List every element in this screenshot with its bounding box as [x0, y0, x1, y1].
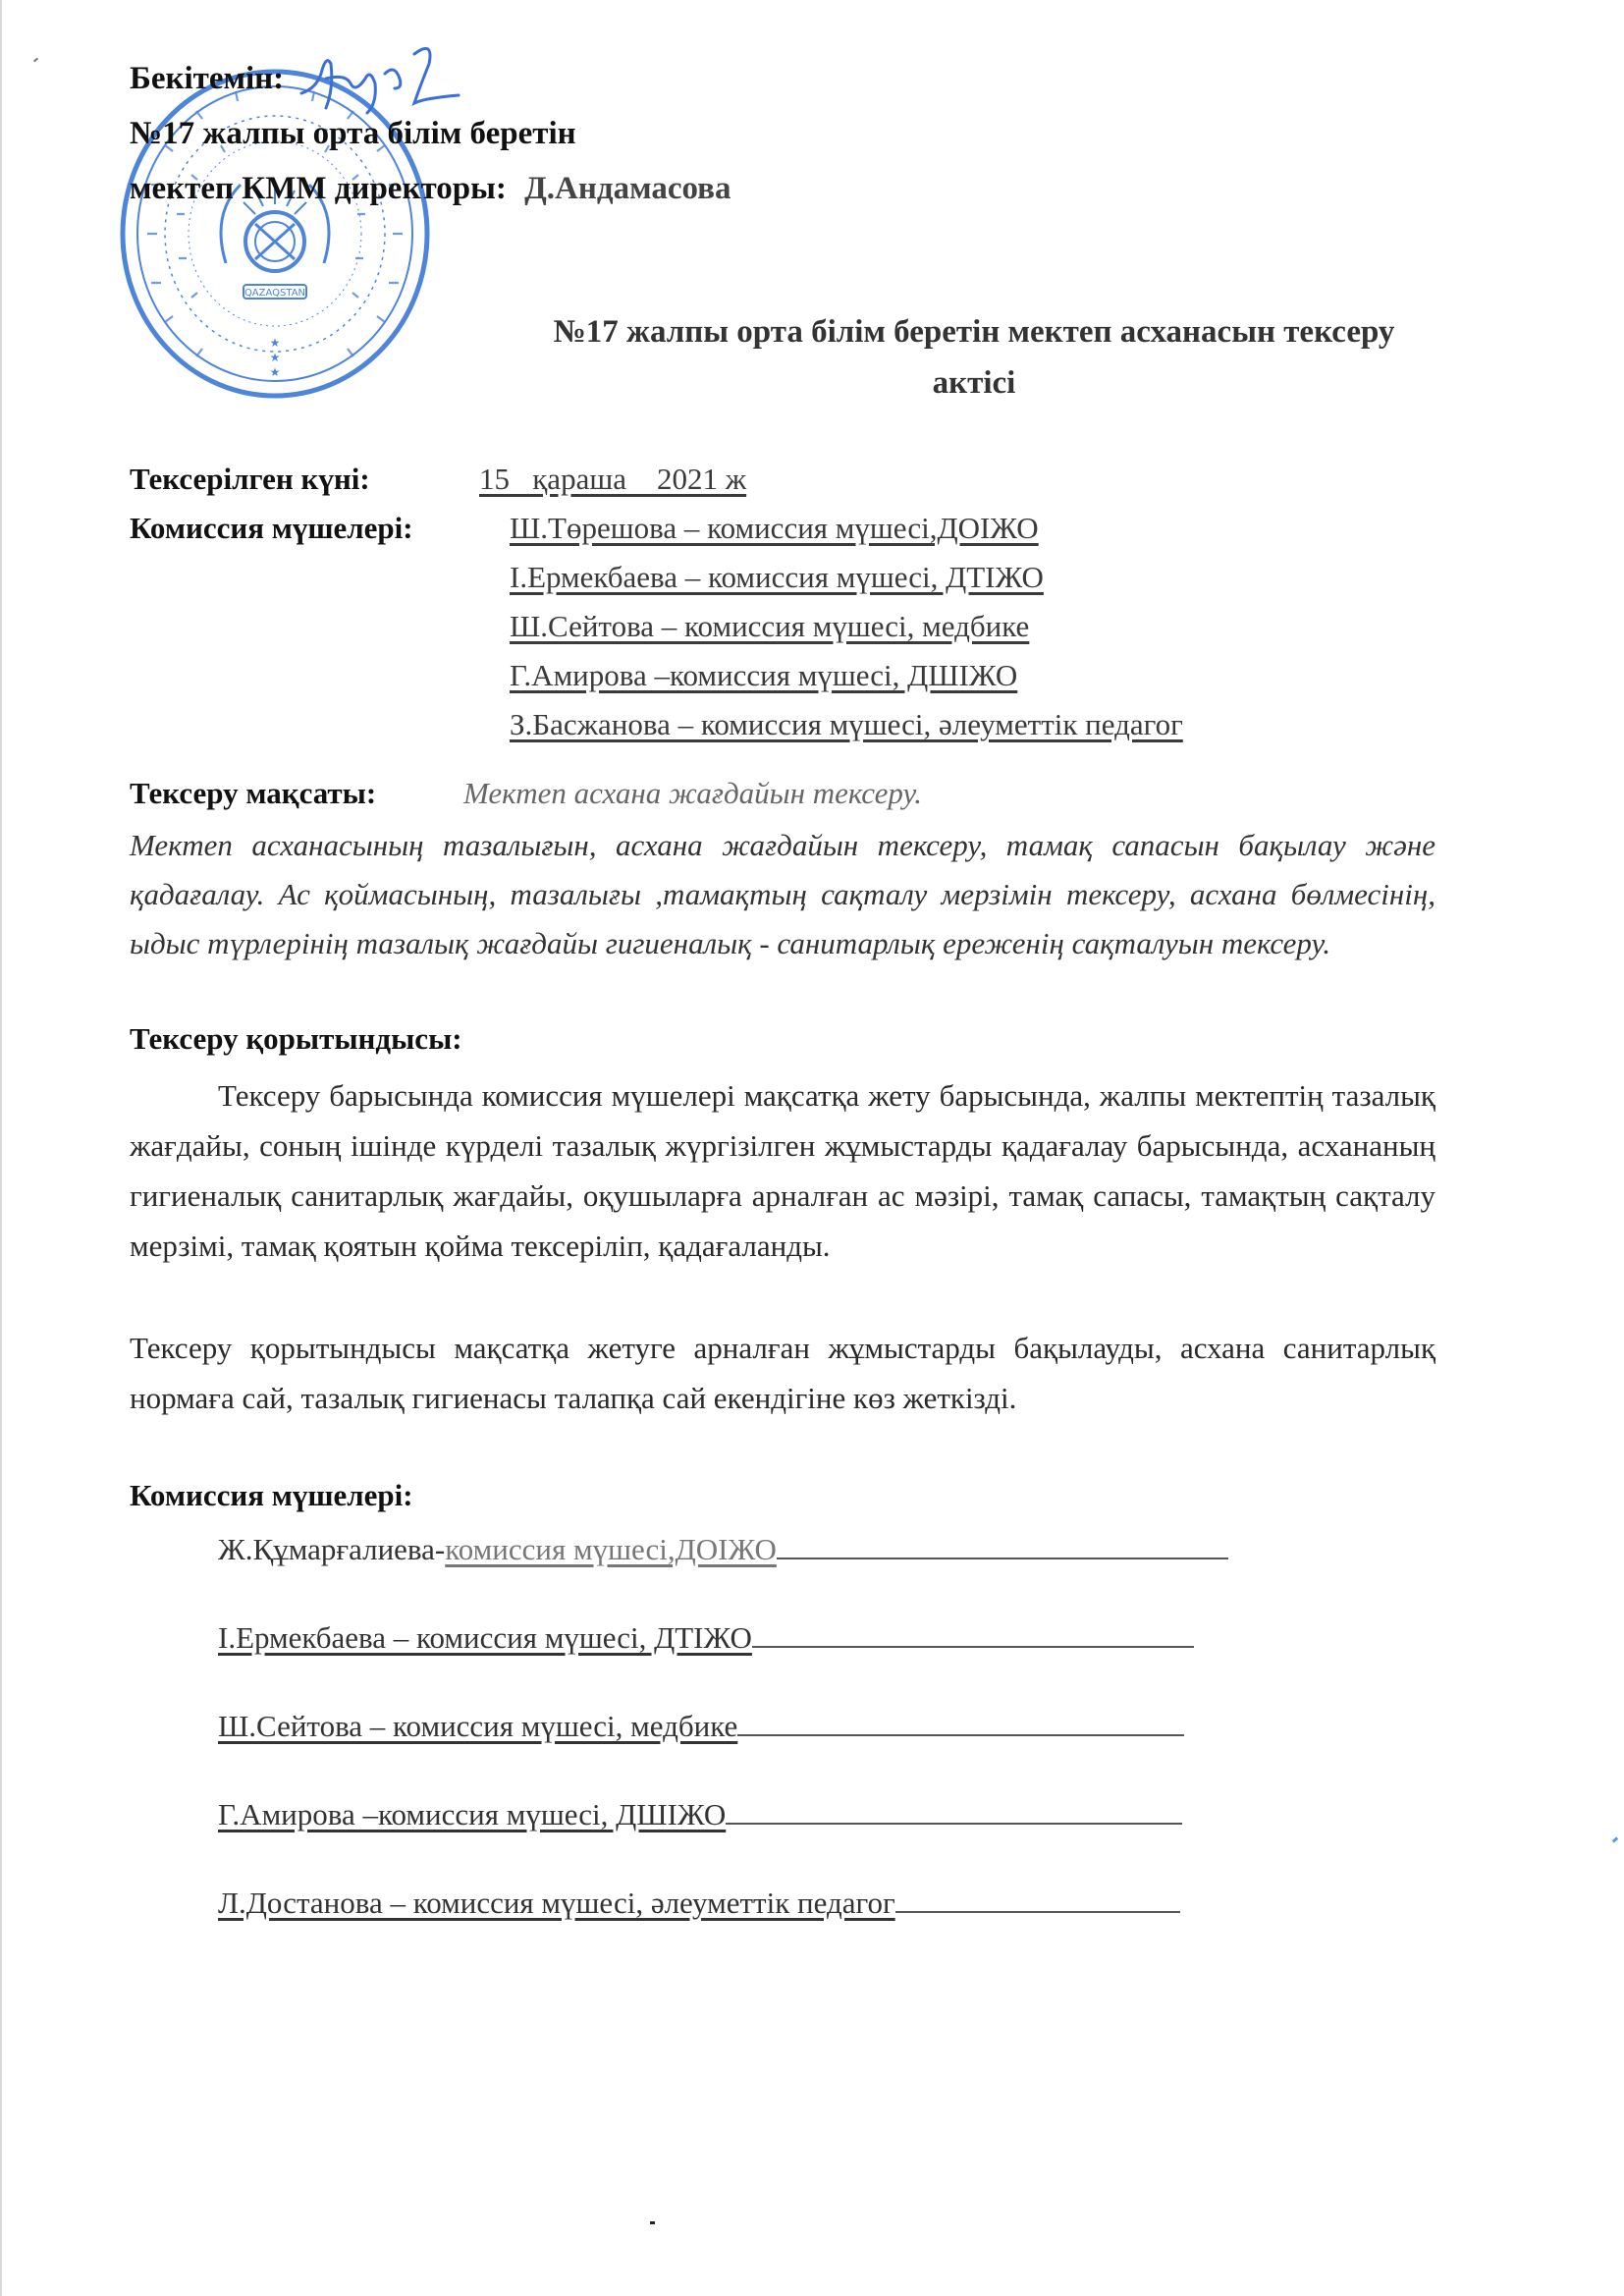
signature-line: Л.Достанова – комиссия мүшесі, әлеуметті…: [218, 1886, 1180, 1921]
signer-name: Ж.Құмарғалиева-: [218, 1532, 445, 1567]
approval-director-prefix: мектеп КММ директоры:: [130, 171, 507, 206]
svg-text:★: ★: [270, 336, 281, 350]
signature-blank[interactable]: [777, 1557, 1228, 1559]
scan-speck: [650, 2221, 655, 2224]
svg-text:QAZAQSTAN: QAZAQSTAN: [244, 288, 305, 299]
document-page: QAZAQSTAN ★ ★ ★ Бекітемін: №17 жалпы орт…: [0, 0, 1624, 2296]
approval-heading: Бекітемін:: [130, 59, 284, 98]
commission-member: Ш.Сейтова – комиссия мүшесі, медбике: [510, 609, 1029, 644]
director-signature: [297, 34, 463, 123]
scan-speck: [33, 58, 38, 63]
signer-name: Г.Амирова –комиссия мүшесі, ДШІЖО: [218, 1797, 726, 1832]
scan-speck: [1612, 1836, 1619, 1842]
signatures-label: Комиссия мүшелері:: [130, 1478, 413, 1513]
purpose-text: Мектеп асханасының тазалығын, асхана жағ…: [130, 821, 1435, 968]
inspection-date-label: Тексерілген күні:: [130, 462, 370, 497]
document-title: №17 жалпы орта білім беретін мектеп асха…: [434, 314, 1514, 351]
commission-member: І.Ермекбаева – комиссия мүшесі, ДТІЖО: [510, 560, 1044, 595]
svg-text:★: ★: [270, 365, 281, 379]
commission-member: Г.Амирова –комиссия мүшесі, ДШІЖО: [510, 658, 1017, 693]
signer-name: Ш.Сейтова – комиссия мүшесі, медбике: [218, 1709, 737, 1744]
signature-blank[interactable]: [726, 1822, 1182, 1825]
signature-line: І.Ермекбаева – комиссия мүшесі, ДТІЖО: [218, 1620, 1194, 1656]
document-title-line2: актісі: [434, 365, 1514, 402]
signature-line: Ж.Құмарғалиева- комиссия мүшесі,ДОІЖО: [218, 1532, 1228, 1567]
results-label: Тексеру қорытындысы:: [130, 1021, 462, 1057]
signer-role: комиссия мүшесі,ДОІЖО: [445, 1532, 777, 1567]
svg-text:★: ★: [270, 351, 281, 364]
purpose-summary: Мектеп асхана жағдайын тексеру.: [463, 776, 922, 811]
signer-name: Л.Достанова – комиссия мүшесі, әлеуметті…: [218, 1886, 895, 1921]
signature-line: Ш.Сейтова – комиссия мүшесі, медбике: [218, 1709, 1184, 1744]
signature-blank[interactable]: [752, 1645, 1194, 1648]
signature-blank[interactable]: [895, 1910, 1180, 1913]
commission-member: З.Басжанова – комиссия мүшесі, әлеуметті…: [510, 707, 1183, 742]
signer-name: І.Ермекбаева – комиссия мүшесі, ДТІЖО: [218, 1620, 752, 1656]
purpose-label: Тексеру мақсаты:: [130, 776, 376, 811]
signature-line: Г.Амирова –комиссия мүшесі, ДШІЖО: [218, 1797, 1182, 1832]
results-conclusion: Тексеру қорытындысы мақсатқа жетуге арна…: [130, 1323, 1435, 1423]
director-name: Д.Андамасова: [524, 171, 731, 206]
signature-blank[interactable]: [737, 1733, 1184, 1736]
results-paragraph: Тексеру барысында комиссия мүшелері мақс…: [130, 1070, 1435, 1271]
commission-member: Ш.Төрешова – комиссия мүшесі,ДОІЖО: [510, 511, 1039, 546]
approval-director-line: мектеп КММ директоры: Д.Андамасова: [130, 169, 731, 208]
approval-school-line: №17 жалпы орта білім беретін: [130, 114, 576, 153]
inspection-date-value: 15 қараша 2021 ж: [479, 462, 746, 497]
commission-label: Комиссия мүшелері:: [130, 511, 413, 546]
